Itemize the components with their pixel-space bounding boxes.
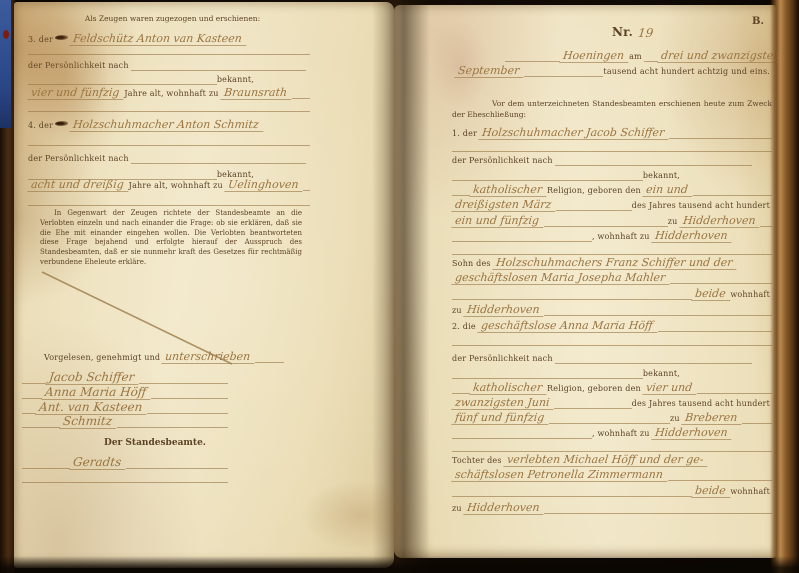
blank-rule [556,208,631,211]
blank-rule [22,480,228,483]
page-gutter-shadow [372,0,430,573]
groom-parents2-handwriting: geschäftslosen Maria Josepha Mahler [451,272,671,285]
blank-rule [668,478,772,481]
bride-persona-line: der Persönlichkeit nach [452,349,752,365]
blank-rule [131,161,306,164]
closing-handwriting: unterschrieben [162,351,256,364]
blank-line [452,331,772,347]
bride-parents-line2: schäftslosen Petronella Zimmermann [452,466,772,482]
ink-blot [55,121,68,126]
groom-beide-line: beide wohnhaft [452,285,772,301]
signature-line: Anna Maria Höff [22,384,228,400]
blank-rule [28,52,310,55]
bride-beide-line: beide wohnhaft [452,482,772,498]
signature-line: Schmitz [22,413,228,429]
bride-birthdate-line: zwanzigsten Juni des Jahres tausend acht… [452,394,772,410]
blank-rule [452,297,692,300]
blank-line [28,191,310,207]
blank-rule [452,494,692,497]
blank-line [22,468,228,484]
witness4-name-line: 4. der Holzschuhmacher Anton Schmitz [28,116,240,132]
groom-parents-residence-handwriting: Hidderhoven [463,304,545,317]
blank-rule [22,425,60,428]
registry-book-photo: Als Zeugen waren zugezogen und erschiene… [0,0,799,573]
dateline-place-line: Hoeningen am drei und zwanzigsten [505,47,772,63]
blank-rule [255,360,284,363]
blank-line [28,40,310,56]
page-edge-stack [770,0,799,573]
zu-label: zu [452,307,464,317]
blank-rule [28,109,310,112]
wohnhaft-label: wohnhaft [730,291,772,301]
bride-parents-residence-handwriting: Hidderhoven [463,502,545,515]
bride-parents2-handwriting: schäftslosen Petronella Zimmermann [451,469,668,482]
witness-heading: Als Zeugen waren zugezogen und erschiene… [60,14,285,23]
persona-label: der Persönlichkeit nach [28,155,131,165]
dateline-month-handwriting: September [454,65,525,78]
groom-birthyear-line: ein und fünfzig zu Hidderhoven [452,212,772,228]
ink-blot [55,35,68,40]
bride-parents-residence-line: zu Hidderhoven [452,499,772,515]
groom-known-line: bekannt, [452,166,682,182]
groom-birthdate-line: dreißigsten März des Jahres tausend acht… [452,196,772,212]
record-number-handwriting: 19 [634,27,659,40]
bride-known-line: bekannt, [452,364,682,380]
registrar-label: Der Standesbeamte. [85,438,225,448]
record-number-label: Nr. [612,26,635,40]
signature-line: Jacob Schiffer [22,369,228,385]
bride-beide-handwriting: beide [691,485,731,498]
blank-line [28,131,310,147]
blank-line [28,97,310,113]
groom-parents-line2: geschäftslosen Maria Josepha Mahler [452,269,772,285]
zu-label: zu [452,505,464,515]
book-cover-edge [0,0,11,128]
signature-handwriting: Anna Maria Höff [41,386,152,400]
blank-rule [28,203,310,206]
bride-religion-line: katholischer Religion, geboren den vier … [452,379,772,395]
blank-rule [544,511,772,514]
groom-parents-line1: Sohn des Holzschuhmachers Franz Schiffer… [452,254,772,270]
bottom-shadow [0,556,799,573]
groom-birthday2-handwriting: dreißigsten März [451,199,557,212]
blank-rule [544,313,772,316]
record-number-line: Nr. 19 [612,24,702,40]
blank-rule [28,143,310,146]
closing-line: Vorgelesen, genehmigt und unterschrieben [44,348,284,364]
witness4-age-line: acht und dreißig Jahre alt, wohnhaft zu … [28,176,310,192]
groom-religion-line: katholischer Religion, geboren den ein u… [452,181,772,197]
bride-parents-line1: Tochter des verlebten Michael Höff und d… [452,451,772,467]
blank-rule [117,425,228,428]
groom-parents-residence-line: zu Hidderhoven [452,301,772,317]
year-printed-label: tausend acht hundert achtzig und eins. [603,68,772,78]
blank-rule [524,74,603,77]
year-prefix-label: des Jahres tausend acht hundert [632,202,772,212]
blank-rule [670,281,772,284]
blank-rule [452,343,772,346]
signature-handwriting: Jacob Schiffer [45,371,140,385]
cover-red-speck [3,30,9,39]
witness4-persona-line: der Persönlichkeit nach [28,149,306,165]
signature-handwriting: Schmitz [59,415,117,429]
wohnhaft-label: wohnhaft [730,488,772,498]
bride-birthyear-line: fünf und fünfzig zu Breberen [452,409,772,425]
groom-persona-line: der Persönlichkeit nach [452,151,752,167]
declaration-paragraph: In Gegenwart der Zeugen richtete der Sta… [40,209,302,268]
groom-beide-handwriting: beide [691,288,731,301]
dateline-year-line: September tausend acht hundert achtzig u… [455,62,772,78]
intro-paragraph: Vor dem unterzeichneten Standesbeamten e… [452,99,772,121]
closing-printed-label: Vorgelesen, genehmigt und [44,354,162,364]
